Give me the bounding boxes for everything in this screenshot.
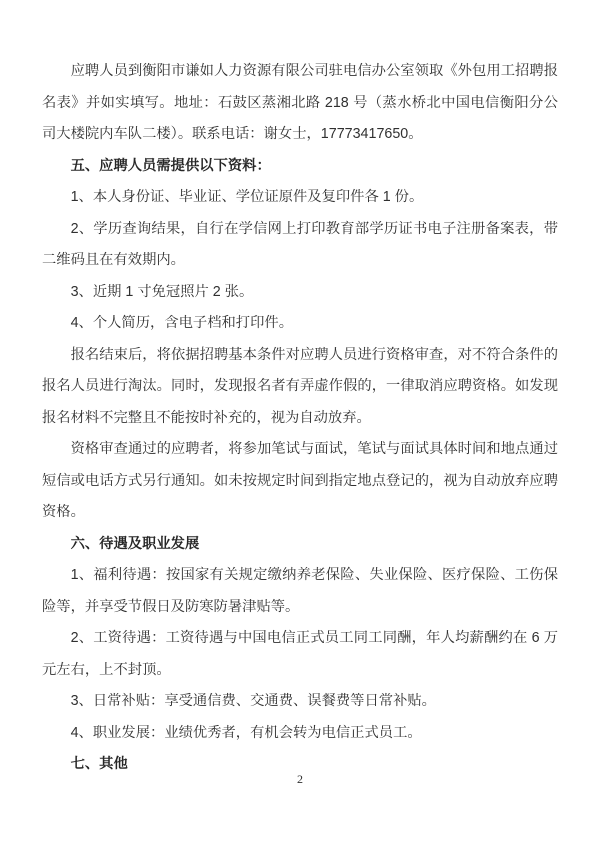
list-item-welfare: 1、福利待遇：按国家有关规定缴纳养老保险、失业保险、医疗保险、工伤保险等，并享受… [42, 560, 558, 623]
heading-section-5: 五、应聘人员需提供以下资料： [42, 151, 558, 183]
list-item-education-check: 2、学历查询结果，自行在学信网上打印教育部学历证书电子注册备案表，带二维码且在有… [42, 214, 558, 277]
list-item-photos: 3、近期 1 寸免冠照片 2 张。 [42, 277, 558, 309]
document-body: 应聘人员到衡阳市谦如人力资源有限公司驻电信办公室领取《外包用工招聘报名表》并如实… [42, 56, 558, 781]
list-item-resume: 4、个人简历，含电子档和打印件。 [42, 308, 558, 340]
paragraph-qualification-review: 报名结束后，将依据招聘基本条件对应聘人员进行资格审查，对不符合条件的报名人员进行… [42, 340, 558, 435]
list-item-salary: 2、工资待遇：工资待遇与中国电信正式员工同工同酬，年人均薪酬约在 6 万元左右，… [42, 623, 558, 686]
document-page: 应聘人员到衡阳市谦如人力资源有限公司驻电信办公室领取《外包用工招聘报名表》并如实… [0, 0, 600, 848]
list-item-daily-subsidy: 3、日常补贴：享受通信费、交通费、误餐费等日常补贴。 [42, 686, 558, 718]
paragraph-application-form: 应聘人员到衡阳市谦如人力资源有限公司驻电信办公室领取《外包用工招聘报名表》并如实… [42, 56, 558, 151]
list-item-id-card: 1、本人身份证、毕业证、学位证原件及复印件各 1 份。 [42, 182, 558, 214]
list-item-career: 4、职业发展：业绩优秀者，有机会转为电信正式员工。 [42, 718, 558, 750]
heading-section-6: 六、待遇及职业发展 [42, 529, 558, 561]
page-footer: 2 [0, 770, 600, 788]
page-number: 2 [297, 772, 303, 786]
paragraph-exam-notice: 资格审查通过的应聘者，将参加笔试与面试，笔试与面试具体时间和地点通过短信或电话方… [42, 434, 558, 529]
